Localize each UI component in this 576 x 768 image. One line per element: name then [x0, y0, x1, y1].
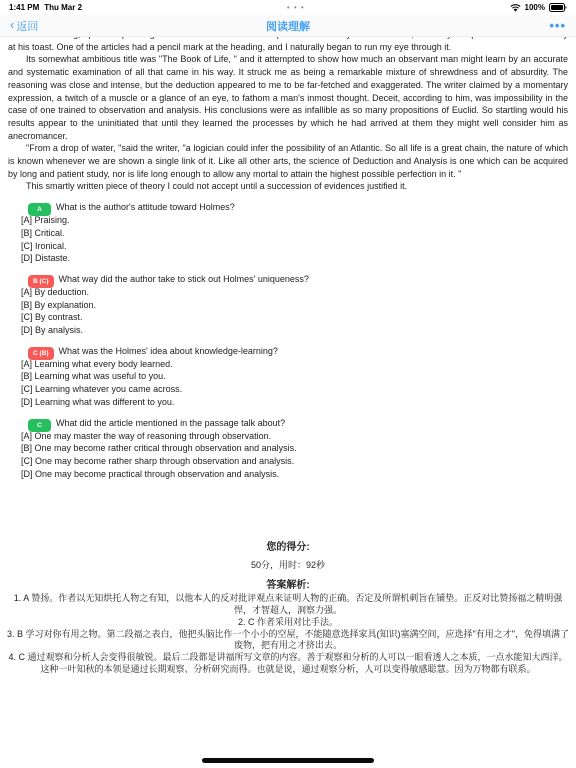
option-a[interactable]: [A] By deduction. — [21, 286, 568, 299]
option-a[interactable]: [A] Praising. — [21, 214, 568, 227]
status-bar: 1:41 PM Thu Mar 2 • • • 100% — [0, 0, 576, 15]
option-b[interactable]: [B] Critical. — [21, 227, 568, 240]
question-3: C (B) What was the Holmes' idea about kn… — [8, 345, 568, 409]
header: 1:41 PM Thu Mar 2 • • • 100% — [0, 0, 576, 37]
analysis-item: 2. C 作者采用对比手法。 — [6, 617, 570, 629]
option-c[interactable]: [C] Ironical. — [21, 240, 568, 253]
option-c[interactable]: [C] Learning whatever you came across. — [21, 383, 568, 396]
reading-content[interactable]: One morning, I picked up a magazine from… — [0, 37, 576, 768]
chevron-left-icon: ‹ — [10, 18, 14, 31]
analysis-item: 1. A 赞扬。作者以无知烘托人物之有知，以他本人的反对批评观点来证明人物的正确… — [6, 593, 570, 616]
question-4: C What did the article mentioned in the … — [8, 417, 568, 481]
option-c[interactable]: [C] By contrast. — [21, 311, 568, 324]
status-time: 1:41 PM — [9, 3, 39, 12]
question-text: What way did the author take to stick ou… — [59, 273, 309, 286]
battery-icon — [549, 3, 567, 12]
question-2: B (C) What way did the author take to st… — [8, 273, 568, 337]
option-d[interactable]: [D] Learning what was different to you. — [21, 396, 568, 409]
answer-badge: C (B) — [28, 347, 54, 360]
analysis-item: 4. C 通过观察和分析人会变得很敏锐。最后二段都是讲福所写文章的内容。善于观察… — [6, 652, 570, 675]
question-list: A What is the author's attitude toward H… — [0, 201, 576, 480]
home-indicator[interactable] — [202, 758, 374, 763]
app-screen: One morning, I picked up a magazine from… — [0, 0, 576, 768]
status-date: Thu Mar 2 — [44, 3, 82, 12]
wifi-icon — [510, 4, 521, 12]
question-text: What is the author's attitude toward Hol… — [56, 201, 235, 214]
option-b[interactable]: [B] Learning what was useful to you. — [21, 370, 568, 383]
passage-paragraph: "From a drop of water, "said the writer,… — [8, 142, 568, 180]
option-a[interactable]: [A] Learning what every body learned. — [21, 358, 568, 371]
result-section: 您的得分: 50分，用时：92秒 答案解析: 1. A 赞扬。作者以无知烘托人物… — [0, 538, 576, 675]
question-text: What did the article mentioned in the pa… — [56, 417, 285, 430]
more-button[interactable]: ••• — [549, 23, 566, 28]
analysis-item: 3. B 学习对你有用之物。第二段福之表白，他把头脑比作一个小小的空屋，不能随意… — [6, 629, 570, 652]
analysis-title: 答案解析: — [0, 576, 576, 591]
option-c[interactable]: [C] One may become rather sharp through … — [21, 455, 568, 468]
answer-badge: C — [28, 419, 51, 432]
back-label: 返回 — [16, 18, 38, 34]
score-value: 50分，用时：92秒 — [0, 558, 576, 571]
back-button[interactable]: ‹ 返回 — [10, 18, 38, 34]
option-a[interactable]: [A] One may master the way of reasoning … — [21, 430, 568, 443]
option-d[interactable]: [D] By analysis. — [21, 324, 568, 337]
analysis-text: 1. A 赞扬。作者以无知烘托人物之有知，以他本人的反对批评观点来证明人物的正确… — [0, 591, 576, 675]
answer-badge: B (C) — [28, 275, 54, 288]
option-b[interactable]: [B] By explanation. — [21, 299, 568, 312]
nav-bar: ‹ 返回 阅读理解 ••• — [0, 15, 576, 37]
score-title: 您的得分: — [0, 538, 576, 553]
battery-percent: 100% — [525, 3, 545, 12]
passage: One morning, I picked up a magazine from… — [0, 28, 576, 193]
passage-paragraph: This smartly written piece of theory I c… — [8, 180, 568, 193]
option-d[interactable]: [D] Distaste. — [21, 252, 568, 265]
answer-badge: A — [28, 203, 51, 216]
option-b[interactable]: [B] One may become rather critical throu… — [21, 442, 568, 455]
passage-paragraph: Its somewhat ambitious title was "The Bo… — [8, 53, 568, 142]
status-dots: • • • — [287, 3, 305, 12]
option-d[interactable]: [D] One may become practical through obs… — [21, 468, 568, 481]
page-title: 阅读理解 — [0, 18, 576, 34]
question-1: A What is the author's attitude toward H… — [8, 201, 568, 265]
question-text: What was the Holmes' idea about knowledg… — [59, 345, 278, 358]
